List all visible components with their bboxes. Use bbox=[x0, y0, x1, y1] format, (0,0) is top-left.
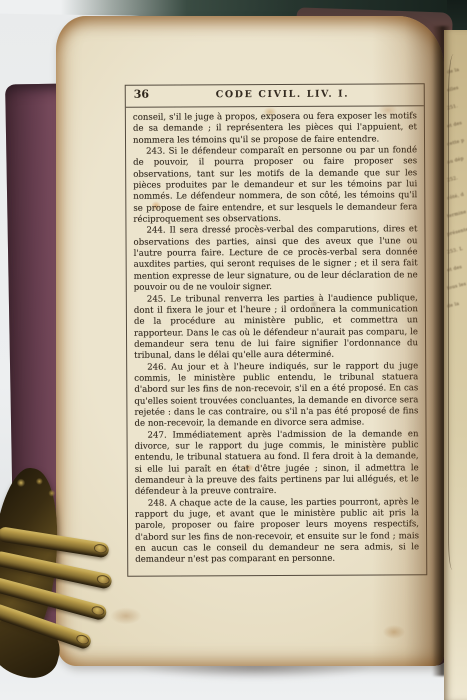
text-fragment: 252. bbox=[447, 173, 467, 183]
text-fragment: 251. bbox=[447, 101, 467, 111]
paragraph: 245. Le tribunal renverra les parties à … bbox=[134, 293, 418, 363]
text-fragment: elles bbox=[447, 83, 467, 93]
printed-text-frame: 36 CODE CIVIL. LIV. I. conseil, s'il le … bbox=[125, 83, 428, 577]
text-fragment: 253. L bbox=[447, 245, 467, 255]
paragraph: conseil, s'il le juge à propos, exposera… bbox=[133, 111, 417, 147]
facing-page-text-fragments: de la elles 251. et des cette p au dép 2… bbox=[447, 68, 467, 307]
paragraph: 244. Il sera dressé procès-verbal des co… bbox=[133, 225, 417, 295]
page-header: 36 CODE CIVIL. LIV. I. bbox=[126, 84, 424, 108]
text-fragment: termine bbox=[447, 209, 467, 219]
bronze-hand-sculpture bbox=[0, 468, 132, 678]
text-fragment: présente bbox=[447, 227, 467, 237]
text-fragment: de la bbox=[447, 65, 467, 75]
text-fragment: côté, d bbox=[447, 191, 467, 201]
text-fragment: au dép bbox=[447, 155, 467, 165]
text-fragment: de la bbox=[447, 299, 467, 309]
page-number: 36 bbox=[134, 88, 149, 101]
text-fragment: et des bbox=[447, 263, 467, 273]
paragraph: 243. Si le défendeur comparaît en person… bbox=[133, 145, 417, 226]
paragraph: 248. A chaque acte de la cause, les part… bbox=[135, 497, 419, 567]
running-title: CODE CIVIL. LIV. I. bbox=[149, 88, 416, 100]
page-text: conseil, s'il le juge à propos, exposera… bbox=[126, 106, 426, 566]
paragraph: 247. Immédiatement après l'admission de … bbox=[135, 429, 419, 499]
text-fragment: cette p bbox=[447, 137, 467, 147]
book-photograph: 36 CODE CIVIL. LIV. I. conseil, s'il le … bbox=[0, 0, 467, 700]
text-fragment: et des bbox=[447, 119, 467, 129]
facing-page-edge: de la elles 251. et des cette p au dép 2… bbox=[444, 30, 467, 700]
text-fragment: tous les bbox=[447, 281, 467, 291]
paragraph: 246. Au jour et à l'heure indiqués, sur … bbox=[134, 361, 418, 431]
